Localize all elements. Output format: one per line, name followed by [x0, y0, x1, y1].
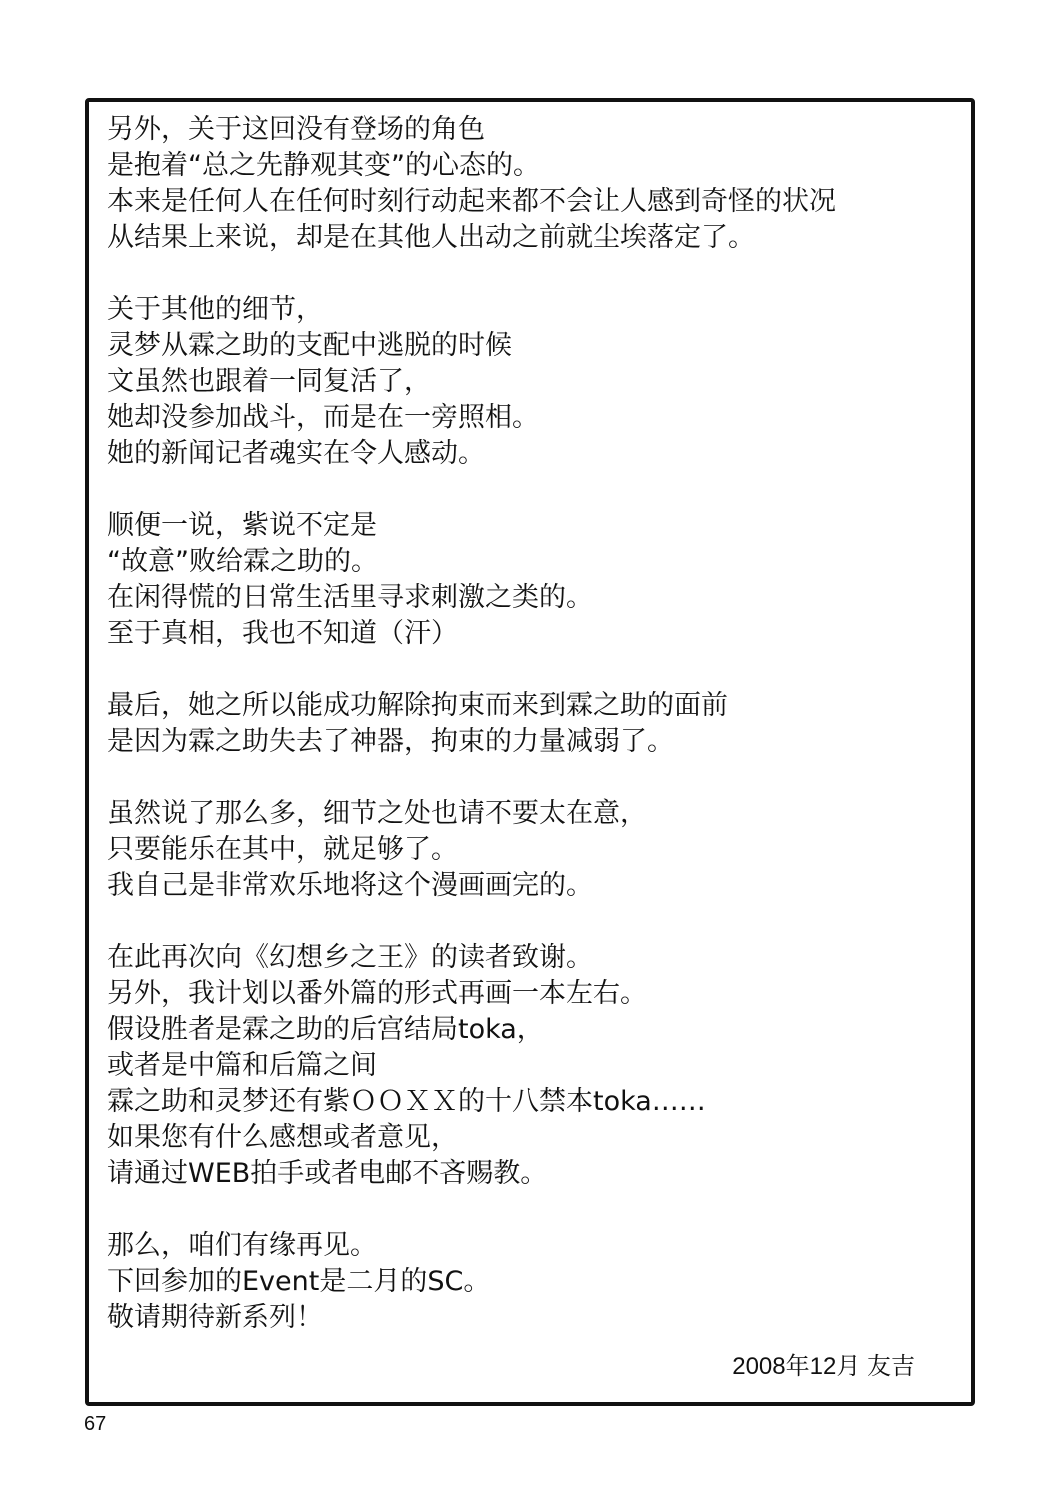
text-line: 最后，她之所以能成功解除拘束而来到霖之助的面前: [107, 688, 951, 724]
text-line: 在此再次向《幻想乡之王》的读者致谢。: [107, 940, 951, 976]
text-line: 文虽然也跟着一同复活了，: [107, 364, 951, 400]
text-line: 至于真相，我也不知道（汗）: [107, 616, 951, 652]
paragraph-absent-characters: 另外，关于这回没有登场的角色 是抱着“总之先静观其变”的心态的。 本来是任何人在…: [107, 112, 951, 256]
afterword-text: 另外，关于这回没有登场的角色 是抱着“总之先静观其变”的心态的。 本来是任何人在…: [107, 112, 951, 1372]
text-line: 从结果上来说，却是在其他人出动之前就尘埃落定了。: [107, 220, 951, 256]
page-number: 67: [84, 1412, 106, 1436]
text-line: 顺便一说，紫说不定是: [107, 508, 951, 544]
paragraph-thanks: 在此再次向《幻想乡之王》的读者致谢。 另外，我计划以番外篇的形式再画一本左右。 …: [107, 940, 951, 1192]
paragraph-enjoy: 虽然说了那么多，细节之处也请不要太在意， 只要能乐在其中，就足够了。 我自己是非…: [107, 796, 951, 904]
text-line: 只要能乐在其中，就足够了。: [107, 832, 951, 868]
date-signature: 2008年12月 友吉: [732, 1352, 915, 1382]
paragraph-by-the-way: 顺便一说，紫说不定是 “故意”败给霖之助的。 在闲得慌的日常生活里寻求刺激之类的…: [107, 508, 951, 652]
text-line: 另外，关于这回没有登场的角色: [107, 112, 951, 148]
text-line: 另外，我计划以番外篇的形式再画一本左右。: [107, 976, 951, 1012]
text-line: “故意”败给霖之助的。: [107, 544, 951, 580]
text-line: 敬请期待新系列！: [107, 1300, 951, 1336]
paragraph-other-details: 关于其他的细节， 灵梦从霖之助的支配中逃脱的时候 文虽然也跟着一同复活了， 她却…: [107, 292, 951, 472]
text-line: 如果您有什么感想或者意见，: [107, 1120, 951, 1156]
text-line: 本来是任何人在任何时刻行动起来都不会让人感到奇怪的状况: [107, 184, 951, 220]
text-line: 是因为霖之助失去了神器，拘束的力量减弱了。: [107, 724, 951, 760]
text-line: 在闲得慌的日常生活里寻求刺激之类的。: [107, 580, 951, 616]
text-line: 霖之助和灵梦还有紫ＯＯＸＸ的十八禁本toka……: [107, 1084, 951, 1120]
text-line: 那么，咱们有缘再见。: [107, 1228, 951, 1264]
text-line: 下回参加的Event是二月的SC。: [107, 1264, 951, 1300]
text-line: 是抱着“总之先静观其变”的心态的。: [107, 148, 951, 184]
text-line: 或者是中篇和后篇之间: [107, 1048, 951, 1084]
text-line: 关于其他的细节，: [107, 292, 951, 328]
text-line: 虽然说了那么多，细节之处也请不要太在意，: [107, 796, 951, 832]
text-line: 她却没参加战斗，而是在一旁照相。: [107, 400, 951, 436]
text-line: 假设胜者是霖之助的后宫结局toka，: [107, 1012, 951, 1048]
paragraph-farewell: 那么，咱们有缘再见。 下回参加的Event是二月的SC。 敬请期待新系列！: [107, 1228, 951, 1336]
text-line: 我自己是非常欢乐地将这个漫画画完的。: [107, 868, 951, 904]
text-line: 灵梦从霖之助的支配中逃脱的时候: [107, 328, 951, 364]
paragraph-finally: 最后，她之所以能成功解除拘束而来到霖之助的面前 是因为霖之助失去了神器，拘束的力…: [107, 688, 951, 760]
text-line: 她的新闻记者魂实在令人感动。: [107, 436, 951, 472]
text-line: 请通过WEB拍手或者电邮不吝赐教。: [107, 1156, 951, 1192]
afterword-frame: 另外，关于这回没有登场的角色 是抱着“总之先静观其变”的心态的。 本来是任何人在…: [85, 98, 975, 1406]
